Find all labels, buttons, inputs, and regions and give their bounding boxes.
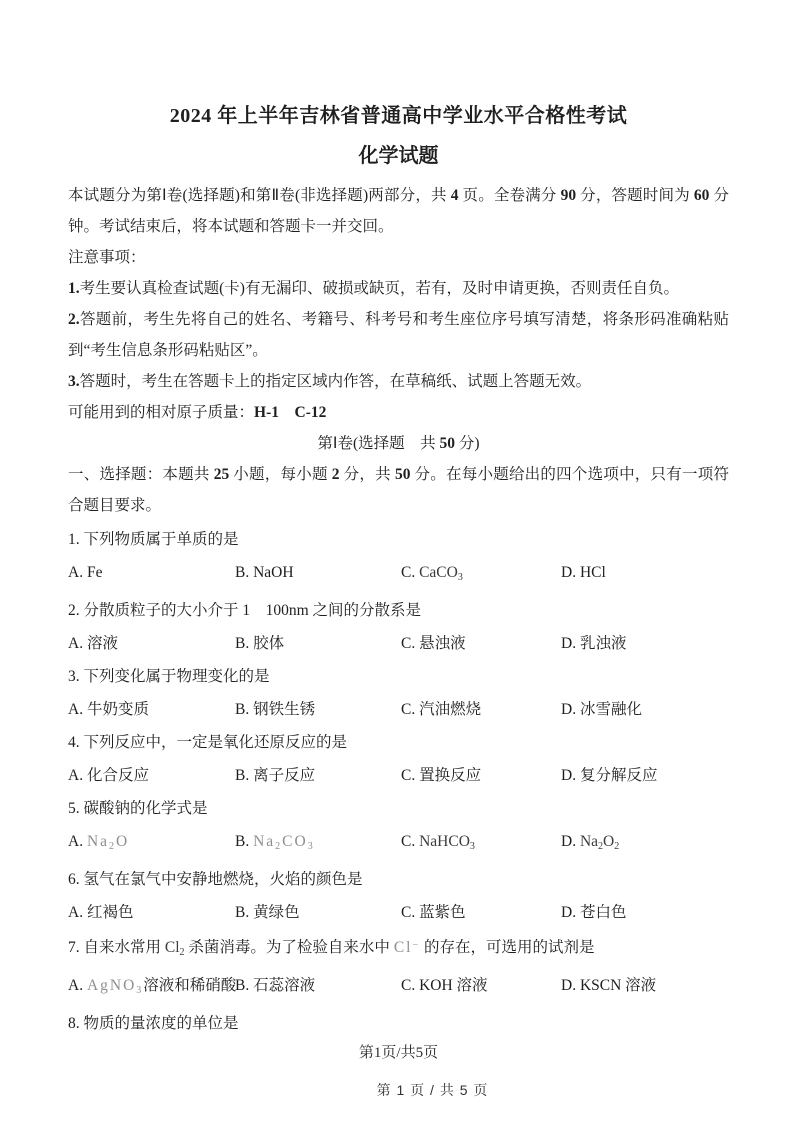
question-7-option-b: B. 石蕊溶液 [235, 969, 401, 1007]
question-3-option-c: C. 汽油燃烧 [401, 693, 561, 726]
question-1: 1. 下列物质属于单质的是 A. Fe B. NaOH C. CaCO3 D. … [68, 523, 729, 594]
question-6-option-a: A. 红褐色 [68, 896, 235, 929]
notice-item-1: 1.考生要认真检查试题(卡)有无漏印、破损或缺页，若有，及时申请更换，否则责任自… [68, 273, 729, 304]
question-7-options: A. AgNO3溶液和稀硝酸 B. 石蕊溶液 C. KOH 溶液 D. KSCN… [68, 969, 729, 1007]
question-6-option-b: B. 黄绿色 [235, 896, 401, 929]
question-7-stem: 7. 自来水常用 Cl2 杀菌消毒。为了检验自来水中 Cl− 的存在，可选用的试… [68, 929, 729, 969]
question-2-option-a: A. 溶液 [68, 627, 235, 660]
question-7-option-a: A. AgNO3溶液和稀硝酸 [68, 969, 235, 1007]
question-5-stem: 5. 碳酸钠的化学式是 [68, 792, 729, 825]
question-2-stem: 2. 分散质粒子的大小介于 1 100nm 之间的分散系是 [68, 594, 729, 627]
question-3-option-d: D. 冰雪融化 [561, 693, 729, 726]
question-5-options: A. Na2O B. Na2CO3 C. NaHCO3 D. Na2O2 [68, 825, 729, 863]
question-4-option-c: C. 置换反应 [401, 759, 561, 792]
question-5-option-d: D. Na2O2 [561, 825, 729, 863]
section1-instructions: 一、选择题：本题共 25 小题，每小题 2 分，共 50 分。在每小题给出的四个… [68, 459, 729, 521]
page-number-footer: 第1页/共5页 [68, 1042, 729, 1064]
question-3-options: A. 牛奶变质 B. 钢铁生锈 C. 汽油燃烧 D. 冰雪融化 [68, 693, 729, 726]
question-6: 6. 氢气在氯气中安静地燃烧，火焰的颜色是 A. 红褐色 B. 黄绿色 C. 蓝… [68, 863, 729, 929]
question-4-stem: 4. 下列反应中，一定是氧化还原反应的是 [68, 726, 729, 759]
question-5-option-a: A. Na2O [68, 825, 235, 863]
question-7: 7. 自来水常用 Cl2 杀菌消毒。为了检验自来水中 Cl− 的存在，可选用的试… [68, 929, 729, 1007]
question-1-options: A. Fe B. NaOH C. CaCO3 D. HCl [68, 556, 729, 594]
question-1-option-b: B. NaOH [235, 556, 401, 594]
question-2: 2. 分散质粒子的大小介于 1 100nm 之间的分散系是 A. 溶液 B. 胶… [68, 594, 729, 660]
question-1-option-c: C. CaCO3 [401, 556, 561, 594]
question-3: 3. 下列变化属于物理变化的是 A. 牛奶变质 B. 钢铁生锈 C. 汽油燃烧 … [68, 660, 729, 726]
question-4-option-a: A. 化合反应 [68, 759, 235, 792]
question-6-options: A. 红褐色 B. 黄绿色 C. 蓝紫色 D. 苍白色 [68, 896, 729, 929]
question-8: 8. 物质的量浓度的单位是 [68, 1007, 729, 1040]
exam-subtitle: 化学试题 [68, 136, 729, 176]
question-4: 4. 下列反应中，一定是氧化还原反应的是 A. 化合反应 B. 离子反应 C. … [68, 726, 729, 792]
question-2-option-b: B. 胶体 [235, 627, 401, 660]
question-8-stem: 8. 物质的量浓度的单位是 [68, 1007, 729, 1040]
exam-paper-page: 2024 年上半年吉林省普通高中学业水平合格性考试 化学试题 本试题分为第Ⅰ卷(… [0, 0, 793, 1122]
question-2-options: A. 溶液 B. 胶体 C. 悬浊液 D. 乳浊液 [68, 627, 729, 660]
question-1-option-a: A. Fe [68, 556, 235, 594]
question-5-option-c: C. NaHCO3 [401, 825, 561, 863]
atomic-mass-line: 可能用到的相对原子质量：H-1 C-12 [68, 397, 729, 428]
question-2-option-c: C. 悬浊液 [401, 627, 561, 660]
question-7-option-c: C. KOH 溶液 [401, 969, 561, 1007]
viewer-page-footer: 第 1 页 / 共 5 页 [68, 1080, 729, 1100]
section1-header: 第Ⅰ卷(选择题 共 50 分) [68, 428, 729, 459]
question-1-stem: 1. 下列物质属于单质的是 [68, 523, 729, 556]
question-4-option-b: B. 离子反应 [235, 759, 401, 792]
question-5: 5. 碳酸钠的化学式是 A. Na2O B. Na2CO3 C. NaHCO3 … [68, 792, 729, 863]
question-6-option-c: C. 蓝紫色 [401, 896, 561, 929]
question-1-option-d: D. HCl [561, 556, 729, 594]
question-6-stem: 6. 氢气在氯气中安静地燃烧，火焰的颜色是 [68, 863, 729, 896]
question-3-option-a: A. 牛奶变质 [68, 693, 235, 726]
question-4-option-d: D. 复分解反应 [561, 759, 729, 792]
exam-intro-paragraph: 本试题分为第Ⅰ卷(选择题)和第Ⅱ卷(非选择题)两部分，共 4 页。全卷满分 90… [68, 180, 729, 242]
question-5-option-b: B. Na2CO3 [235, 825, 401, 863]
notice-heading: 注意事项： [68, 242, 729, 273]
notice-item-2: 2.答题前，考生先将自己的姓名、考籍号、科考号和考生座位序号填写清楚，将条形码准… [68, 304, 729, 366]
question-7-option-d: D. KSCN 溶液 [561, 969, 729, 1007]
question-3-stem: 3. 下列变化属于物理变化的是 [68, 660, 729, 693]
question-3-option-b: B. 钢铁生锈 [235, 693, 401, 726]
exam-title: 2024 年上半年吉林省普通高中学业水平合格性考试 [68, 96, 729, 136]
notice-item-3: 3.答题时，考生在答题卡上的指定区域内作答，在草稿纸、试题上答题无效。 [68, 366, 729, 397]
question-6-option-d: D. 苍白色 [561, 896, 729, 929]
question-2-option-d: D. 乳浊液 [561, 627, 729, 660]
question-4-options: A. 化合反应 B. 离子反应 C. 置换反应 D. 复分解反应 [68, 759, 729, 792]
